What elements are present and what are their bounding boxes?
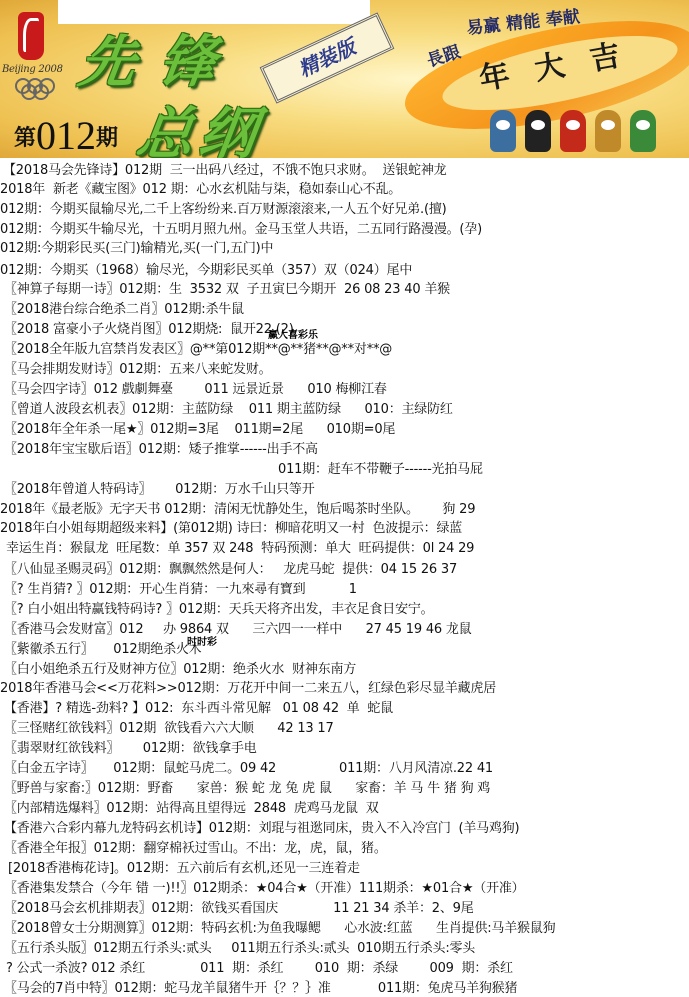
text-line: 〖马会排期发财诗〗012期：五来八来蛇发财。 <box>4 361 271 378</box>
text-line: 〖八仙显圣赐灵码〗012期：飘飘然然是何人： 龙虎马蛇 提供：04 15 26 … <box>4 561 457 578</box>
text-line: 〖白小姐绝杀五行及财神方位〗012期：绝杀火水 财神东南方 <box>4 661 356 678</box>
text-line: 〖2018年宝宝歇后语〗012期：矮子推掌------出手不高 <box>4 441 318 458</box>
text-line: 〖2018港台综合绝杀二肖〗012期:杀牛鼠 <box>4 301 244 318</box>
text-line: 〖曾道人波段玄机表〗012期：主蓝防绿 011 期主蓝防绿 010：主绿防红 <box>4 401 453 418</box>
text-line: 〖野兽与家畜:〗012期：野畜 家兽：猴 蛇 龙 兔 虎 鼠 家畜：羊 马 牛 … <box>4 780 490 797</box>
overlay-stamp-text: 赢人喜彩乐 <box>268 326 318 341</box>
text-line: 〖2018曾女士分期测算〗012期：特码玄机:为鱼我曝鳃 心水波:红蓝 生肖提供… <box>4 920 555 937</box>
text-line: 〖香港全年报〗012期：翻穿棉袄过雪山。不出：龙，虎，鼠，猪。 <box>4 840 387 857</box>
text-line: 幸运生肖：猴鼠龙 旺尾数：单 357 双 248 特码预测：单大 旺码提供：0l… <box>6 540 474 557</box>
logo-caption: Beijing 2008 <box>2 64 63 75</box>
title-char-4: 纲 <box>194 90 261 158</box>
text-line: 〖香港集发禁合（今年 错 一)!!〗012期杀：★04合★（开准）111期杀：★… <box>4 880 525 897</box>
beijing-olympics-logo-icon <box>18 12 44 60</box>
text-line: 〖2018马会玄机排期表〗012期：欲钱买看国庆 11 21 34 杀羊：2、9… <box>4 900 474 917</box>
text-line: 2018年香港马会<<万花料>>012期：万花开中间一二来五八，红绿色彩尽显羊藏… <box>0 680 496 697</box>
issue-suffix: 期 <box>96 125 118 150</box>
mascot-blue-icon <box>490 110 516 152</box>
text-line: 〖马会四字诗〗012 戲劇舞臺 011 远景近景 010 梅柳江春 <box>4 381 387 398</box>
title-char-1: 先 <box>74 18 141 98</box>
text-line: [2018香港梅花诗]。012期：五六前后有玄机,还见一三连着走 <box>8 860 360 877</box>
text-line: 012期：今期买鼠输尽光,二千上客纷纷来.百万财源滚滚来,一人五个好兄弟.(擅) <box>0 201 447 218</box>
edition-badge: 精装版 <box>260 12 395 103</box>
title-char-2: 锋 <box>154 18 221 98</box>
text-line: 2018年 新老《藏宝图》012 期：心水玄机陆与柒，稳如泰山心不乱。 <box>0 181 401 198</box>
text-line: 2018年《最老版》无字天书 012期：清闲无忧静处生，饱后喝茶时坐队。 狗 2… <box>0 501 475 518</box>
mascot-red-icon <box>560 110 586 152</box>
mascot-group <box>490 110 656 152</box>
text-line: 〖五行杀头版〗012期五行杀头:贰头 011期五行杀头:贰头 010期五行杀头:… <box>4 940 475 957</box>
text-line: 【2018马会先锋诗】012期 三一出码八经过，不饿不饱只求财。 送银蛇神龙 <box>3 162 446 179</box>
text-line: 〖2018 富豪小子火烧肖图〗012期烧: 鼠开22 (2) <box>4 321 294 338</box>
issue-number-label: 第012期 <box>14 112 118 158</box>
text-line: 011期：赶车不带鞭子------光拍马屁 <box>278 461 483 478</box>
title-char-3: 总 <box>132 90 199 158</box>
text-line: 2018年白小姐每期超级来料】(第012期) 诗曰：柳暗花明又一村 色波提示：绿… <box>0 520 462 537</box>
text-line: 【香港】? 精选-劲料? 】012: 东斗西斗常见解 01 08 42 单 蛇鼠 <box>4 700 393 717</box>
olympic-rings-icon <box>15 78 63 98</box>
header-banner: Beijing 2008 先 锋 总 纲 精装版 第012期 易赢 精能 奉献 … <box>0 0 689 158</box>
text-line: 【香港六合彩内幕九龙特码玄机诗】012期：刘琨与祖逖同床，贵入不入冷宫门 (羊马… <box>4 820 519 837</box>
mascot-green-icon <box>630 110 656 152</box>
overlay-stamp-text: 时时彩 <box>187 633 217 648</box>
issue-prefix: 第 <box>14 125 36 150</box>
text-line: 〖2018年曾道人特码诗〗 012期：万水千山只等开 <box>4 481 315 498</box>
text-line: 012期：今期买（1968）输尽光，今期彩民买单（357）双（024）尾中 <box>0 262 412 279</box>
text-line: 〖翡翠财红欲钱料〗 012期：欲钱拿手电 <box>4 740 257 757</box>
text-line: 〖2018全年版九宫禁肖发表区〗@**第012期**@**猪**@**对**@ <box>4 341 392 358</box>
text-line: 012期：今期买牛输尽光，十五明月照九州。金马玉堂人共语，二五同行路漫漫。(孕) <box>0 221 482 238</box>
text-line: 〖三怪赌红欲钱料〗012期 欲钱看六六大顺 42 13 17 <box>4 720 334 737</box>
issue-number: 012 <box>36 113 96 158</box>
text-line: 〖神算子每期一诗〗012期：生 3532 双 子丑寅巳今期开 26 08 23 … <box>4 281 450 298</box>
text-line: 〖? 生肖猜? 〗012期：开心生肖猜：一九來尋有寶到 1 <box>4 581 357 598</box>
text-line: 〖? 白小姐出特赢钱特码诗? 〗012期：天兵天将齐出发，丰衣足食日安宁。 <box>4 601 433 618</box>
text-line: 〖紫徽杀五行〗 012期绝杀火木 <box>4 641 201 658</box>
text-line: 〖内部精选爆料〗012期：站得高且望得远 2848 虎鸡马龙鼠 双 <box>4 800 379 817</box>
mascot-black-icon <box>525 110 551 152</box>
text-line: 〖白金五字诗〗 012期：鼠蛇马虎二。09 42 011期：八月风清凉.22 4… <box>4 760 493 777</box>
text-line: 〖香港马会发财富〗012 办 9864 双 三六四一一样中 27 45 19 4… <box>4 621 472 638</box>
mascot-yellow-icon <box>595 110 621 152</box>
text-line: ? 公式一杀波? 012 杀红 011 期：杀红 010 期：杀绿 009 期：… <box>6 960 513 977</box>
text-line: 〖马会的7肖中特〗012期：蛇马龙羊鼠猪牛开｛？？｝准 011期：兔虎马羊狗猴猪 <box>4 980 517 997</box>
text-line: 〖2018年全年杀一尾★〗012期=3尾 011期=2尾 010期=0尾 <box>4 421 395 438</box>
text-line: 012期:今期彩民买(三门)输精光,买(一门,五门)中 <box>0 240 273 257</box>
